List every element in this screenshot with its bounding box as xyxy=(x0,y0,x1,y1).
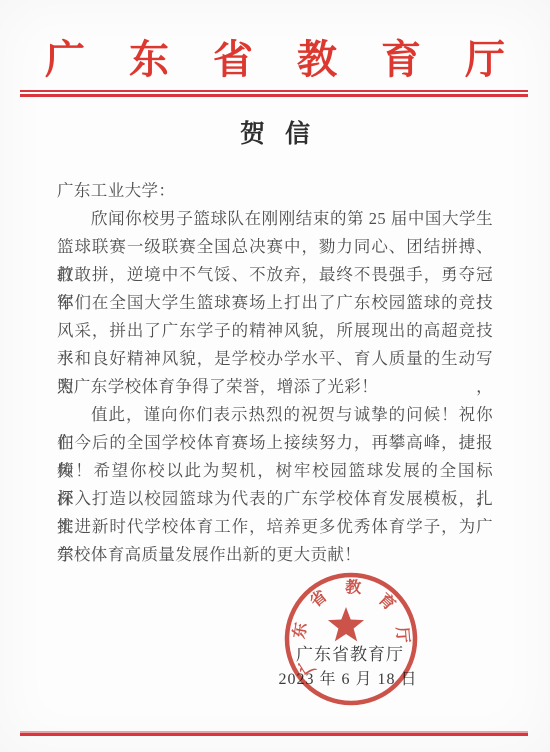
salutation: 广东工业大学： xyxy=(57,177,493,205)
body-line: 欣闻你校男子篮球队在刚刚结束的第 25 届中国大学生 xyxy=(57,205,493,233)
letter-body: 广东工业大学： 欣闻你校男子篮球队在刚刚结束的第 25 届中国大学生 篮球联赛一… xyxy=(57,177,493,569)
seal-char: 东 xyxy=(289,621,310,640)
body-line: 传！希望你校以此为契机，树牢校园篮球发展的全国标杆， xyxy=(57,457,493,485)
body-line: 在今后的全国学校体育赛场上接续努力，再攀高峰，捷报频 xyxy=(57,429,493,457)
letterhead-rule xyxy=(20,90,528,97)
letter-page: 广东省教育厅 贺信 广东工业大学： 欣闻你校男子篮球队在刚刚结束的第 25 届中… xyxy=(0,0,550,752)
body-line: 推进新时代学校体育工作，培养更多优秀体育学子，为广东 xyxy=(57,513,493,541)
org-title-text: 广东省教育厅 xyxy=(45,37,549,82)
footer-rule xyxy=(20,733,528,736)
body-line: 深入打造以校园篮球为代表的广东学校体育发展模板，扎实 xyxy=(57,485,493,513)
doc-title: 贺信 xyxy=(0,114,550,150)
seal-char: 厅 xyxy=(393,625,412,643)
body-line: 值此，谨向你们表示热烈的祝贺与诚挚的问候！祝你们 xyxy=(57,401,493,429)
official-seal: 广东省教育厅 xyxy=(281,570,421,710)
body-line: 风采，拼出了广东学子的精神风貌，所展现出的高超竞技水 xyxy=(57,317,493,345)
body-line: 篮球联赛一级联赛全国总决赛中，勠力同心、团结拼搏、敢 xyxy=(57,233,493,261)
seal-star-icon xyxy=(328,607,364,641)
body-line: 打敢拼，逆境中不气馁、不放弃，最终不畏强手，勇夺冠军！ xyxy=(57,261,493,289)
seal-char: 教 xyxy=(345,578,363,597)
body-line: 你们在全国大学生篮球赛场上打出了广东校园篮球的竞技 xyxy=(57,289,493,317)
doc-title-text: 贺信 xyxy=(240,121,330,148)
org-title: 广东省教育厅 xyxy=(0,28,550,85)
body-line: 平和良好精神风貌，是学校办学水平、育人质量的生动写照， xyxy=(57,345,493,373)
body-line: 学校体育高质量发展作出新的更大贡献！ xyxy=(57,541,493,569)
